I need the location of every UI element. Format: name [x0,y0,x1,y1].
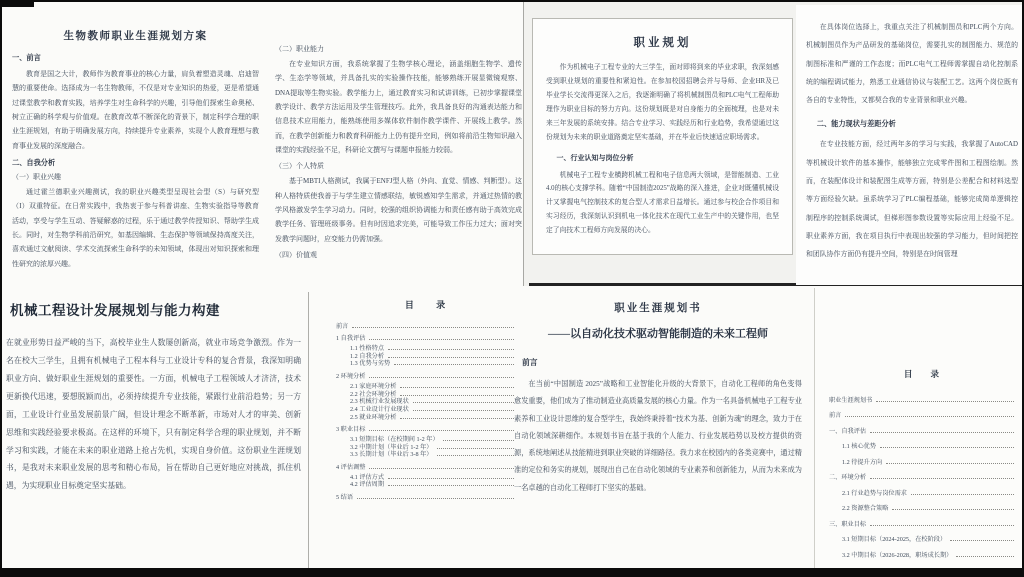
toc-item-label: 4.2 评估周期 [350,479,384,488]
toc-item: 4 评估调整 [336,463,514,471]
toc-leader-dots [357,498,514,499]
toc-list: 前言 1 自我评估 1.1 性格特点 1.2 自我分析 1.3 优势与劣势 2 … [336,322,514,501]
toc-leader-dots [956,556,1014,557]
toc-item: 5 结语 [336,493,514,501]
toc-item: 2.5 就业环境分析 [336,413,514,421]
toc-item: 二、环境分析 [829,466,1014,482]
bio-plan-page: 生物教师职业生涯规划方案 一、前言 教育是国之大计，教师作为教育事业的核心力量，… [12,12,522,286]
career-plan-page-2: 在具体岗位选择上，我重点关注了机械制图员和PLC两个方向。机械制图员作为产品研发… [796,5,1024,285]
toc-item-label: 2.1 行业趋势与岗位需求 [842,488,907,497]
document-collage: 生物教师职业生涯规划方案 一、前言 教育是国之大计，教师作为教育事业的核心力量，… [0,0,1024,577]
mech-plan-page: 机械工程设计发展规划与能力构建 在就业形势日益严峻的当下，高校毕业生人数屡创新高… [6,294,301,495]
toc-leader-dots [870,525,1014,526]
toc-leader-dots [400,387,514,388]
toc-item-label: 二、环境分析 [829,472,866,481]
paragraph-traits: 基于MBTI人格测试，我属于ENFJ型人格（外向、直觉、情感、判断型）。这种人格… [275,174,522,246]
toc-leader-dots [845,416,1014,417]
section-heading-self-analysis: 二、自我分析 [12,158,259,168]
paragraph-preface: 教育是国之大计，教师作为教育事业的核心力量，肩负着塑造灵魂、启迪智慧的重要使命。… [12,67,259,153]
toc-item: 3.3 长期计划（毕业后 3-8 年） [336,451,514,459]
toc-item-label: 2.2 资源整合策略 [842,503,888,512]
toc-item: 2.1 行业趋势与岗位需求 [829,481,1014,497]
section-heading-preface: 前言 [522,357,802,368]
toc-item-label: 3 职业目标 [336,424,365,433]
doc-title: 职业生涯规划书 [514,300,802,315]
auto-plan-page: 职业生涯规划书 ——以自动化技术驱动智能制造的未来工程师 前言 在当前“中国制造… [514,296,802,497]
paragraph-interest: 通过霍兰德职业兴趣测试，我的职业兴趣类型呈现社会型（S）与研究型（I）双重特征。… [12,185,259,271]
paragraph-positions: 在具体岗位选择上，我重点关注了机械制图员和PLC两个方向。机械制图员作为产品研发… [806,19,1018,110]
toc-item: 一、自我评估 [829,419,1014,435]
toc-item-label: 职业生涯规划书 [829,395,872,404]
toc-item-label: 1.2 待提升方向 [842,457,882,466]
toc-item: 3.2 中期目标（2026-2028，职场成长期） [829,543,1014,559]
paragraph-intro: 作为机械电子工程专业的大三学生，面对即将到来的毕业求职，我深刻感受到职业规划的重… [546,61,779,145]
toc-leader-dots [394,364,514,365]
career-plan-page: 职业规划 作为机械电子工程专业的大三学生，面对即将到来的毕业求职，我深刻感受到职… [532,18,793,255]
toc-header: 目 录 [829,368,1014,380]
toc-item: 1.2 待提升方向 [829,450,1014,466]
toc-item-label: 前言 [829,410,841,419]
subsection-heading-traits: （三）个人特质 [275,161,522,171]
toc-item: 前言 [829,404,1014,420]
toc-leader-dots [388,349,514,350]
toc-leader-dots [876,401,1014,402]
toc-item: 2.2 资源整合策略 [829,497,1014,513]
frame-notch [2,2,34,7]
toc-item-label: 1.1 核心优势 [842,441,876,450]
subsection-heading-ability: （二）职业能力 [275,44,522,54]
toc-item-label: 2 环境分析 [336,371,365,380]
toc-leader-dots [369,430,514,431]
doc-subtitle: ——以自动化技术驱动智能制造的未来工程师 [514,325,802,341]
doc-title: 职业规划 [546,34,779,50]
toc-leader-dots [400,418,514,419]
toc-item-label: 5 结语 [336,492,353,501]
toc-header: 目 录 [336,298,514,311]
toc-leader-dots [388,485,514,486]
toc-page-1: 目 录 前言 1 自我评估 1.1 性格特点 1.2 自我分析 1.3 优势与劣… [336,298,514,503]
toc-item-label: 一、自我评估 [829,426,866,435]
toc-leader-dots [413,402,514,403]
toc-list: 职业生涯规划书 前言 一、自我评估 1.1 核心优势 1.2 待提升方向 二、环… [829,388,1014,559]
paragraph-gap: 在专业技能方面，经过两年多的学习与实践，我掌握了AutoCAD等机械设计软件的基… [806,136,1018,264]
toc-leader-dots [437,448,515,449]
toc-item: 1 自我评估 [336,335,514,343]
toc-item: 3.1 短期目标（2024-2025，在校阶段） [829,528,1014,544]
toc-page-2: 目 录 职业生涯规划书 前言 一、自我评估 1.1 核心优势 1.2 待提升方向… [814,288,1024,575]
frame-bottom-bar [2,568,1022,575]
toc-leader-dots [443,440,514,441]
section-heading-preface: 一、前言 [12,53,259,63]
bio-plan-column-2: （二）职业能力 在专业知识方面，我系统掌握了生物学核心理论，涵盖细胞生物学、遗传… [275,12,522,286]
toc-item: 3 职业目标 [336,426,514,434]
toc-item-label: 1 自我评估 [336,333,365,342]
page-divider-line [308,292,309,574]
toc-leader-dots [369,377,514,378]
toc-item-label: 4 评估调整 [336,462,365,471]
section-heading-gap: 二、能力现状与差距分析 [806,119,1018,129]
toc-item-label: 前言 [336,321,348,330]
toc-leader-dots [437,455,515,456]
paragraph-industry: 机械电子工程专业横跨机械工程和电子信息两大领域，是智能制造、工业4.0的核心支撑… [546,169,779,239]
toc-item: 4.2 评估周期 [336,481,514,489]
toc-leader-dots [369,339,514,340]
toc-item-label: 3.3 长期计划（毕业后 3-8 年） [350,449,433,458]
toc-item: 职业生涯规划书 [829,388,1014,404]
paragraph-preface: 在当前“中国制造 2025”战略和工业智能化升级的大背景下，自动化工程师的角色变… [514,376,802,497]
toc-leader-dots [886,463,1014,464]
toc-leader-dots [892,509,1014,510]
toc-leader-dots [388,478,514,479]
toc-leader-dots [400,395,514,396]
toc-item-label: 1.3 优势与劣势 [350,358,390,367]
toc-leader-dots [870,432,1014,433]
paragraph-ability: 在专业知识方面，我系统掌握了生物学核心理论，涵盖细胞生物学、遗传学、生态学等领域… [275,57,522,157]
toc-leader-dots [950,540,1014,541]
toc-leader-dots [870,478,1014,479]
toc-leader-dots [413,410,514,411]
toc-leader-dots [369,468,514,469]
toc-leader-dots [880,447,1014,448]
doc-title: 机械工程设计发展规划与能力构建 [10,299,301,319]
toc-leader-dots [911,494,1014,495]
toc-item: 1.3 优势与劣势 [336,360,514,368]
subsection-heading-interest: （一）职业兴趣 [12,172,259,182]
toc-item: 2 环境分析 [336,372,514,380]
toc-leader-dots [352,327,514,328]
section-heading-industry: 一、行业认知与岗位分析 [546,153,779,163]
toc-item-label: 3.1 短期目标（2024-2025，在校阶段） [842,534,946,543]
bio-plan-column-1: 生物教师职业生涯规划方案 一、前言 教育是国之大计，教师作为教育事业的核心力量，… [12,12,259,286]
toc-item-label: 2.5 就业环境分析 [350,412,396,421]
toc-item: 前言 [336,322,514,330]
doc-title: 生物教师职业生涯规划方案 [12,28,259,43]
toc-leader-dots [388,357,514,358]
toc-item-label: 三、职业目标 [829,519,866,528]
subsection-heading-values: （四）价值观 [275,250,522,260]
toc-item: 1.1 核心优势 [829,435,1014,451]
paragraph-body: 在就业形势日益严峻的当下，高校毕业生人数屡创新高，就业市场竞争激烈。作为一名在校… [6,334,301,495]
toc-item-label: 3.2 中期目标（2026-2028，职场成长期） [842,550,952,559]
toc-item: 三、职业目标 [829,512,1014,528]
